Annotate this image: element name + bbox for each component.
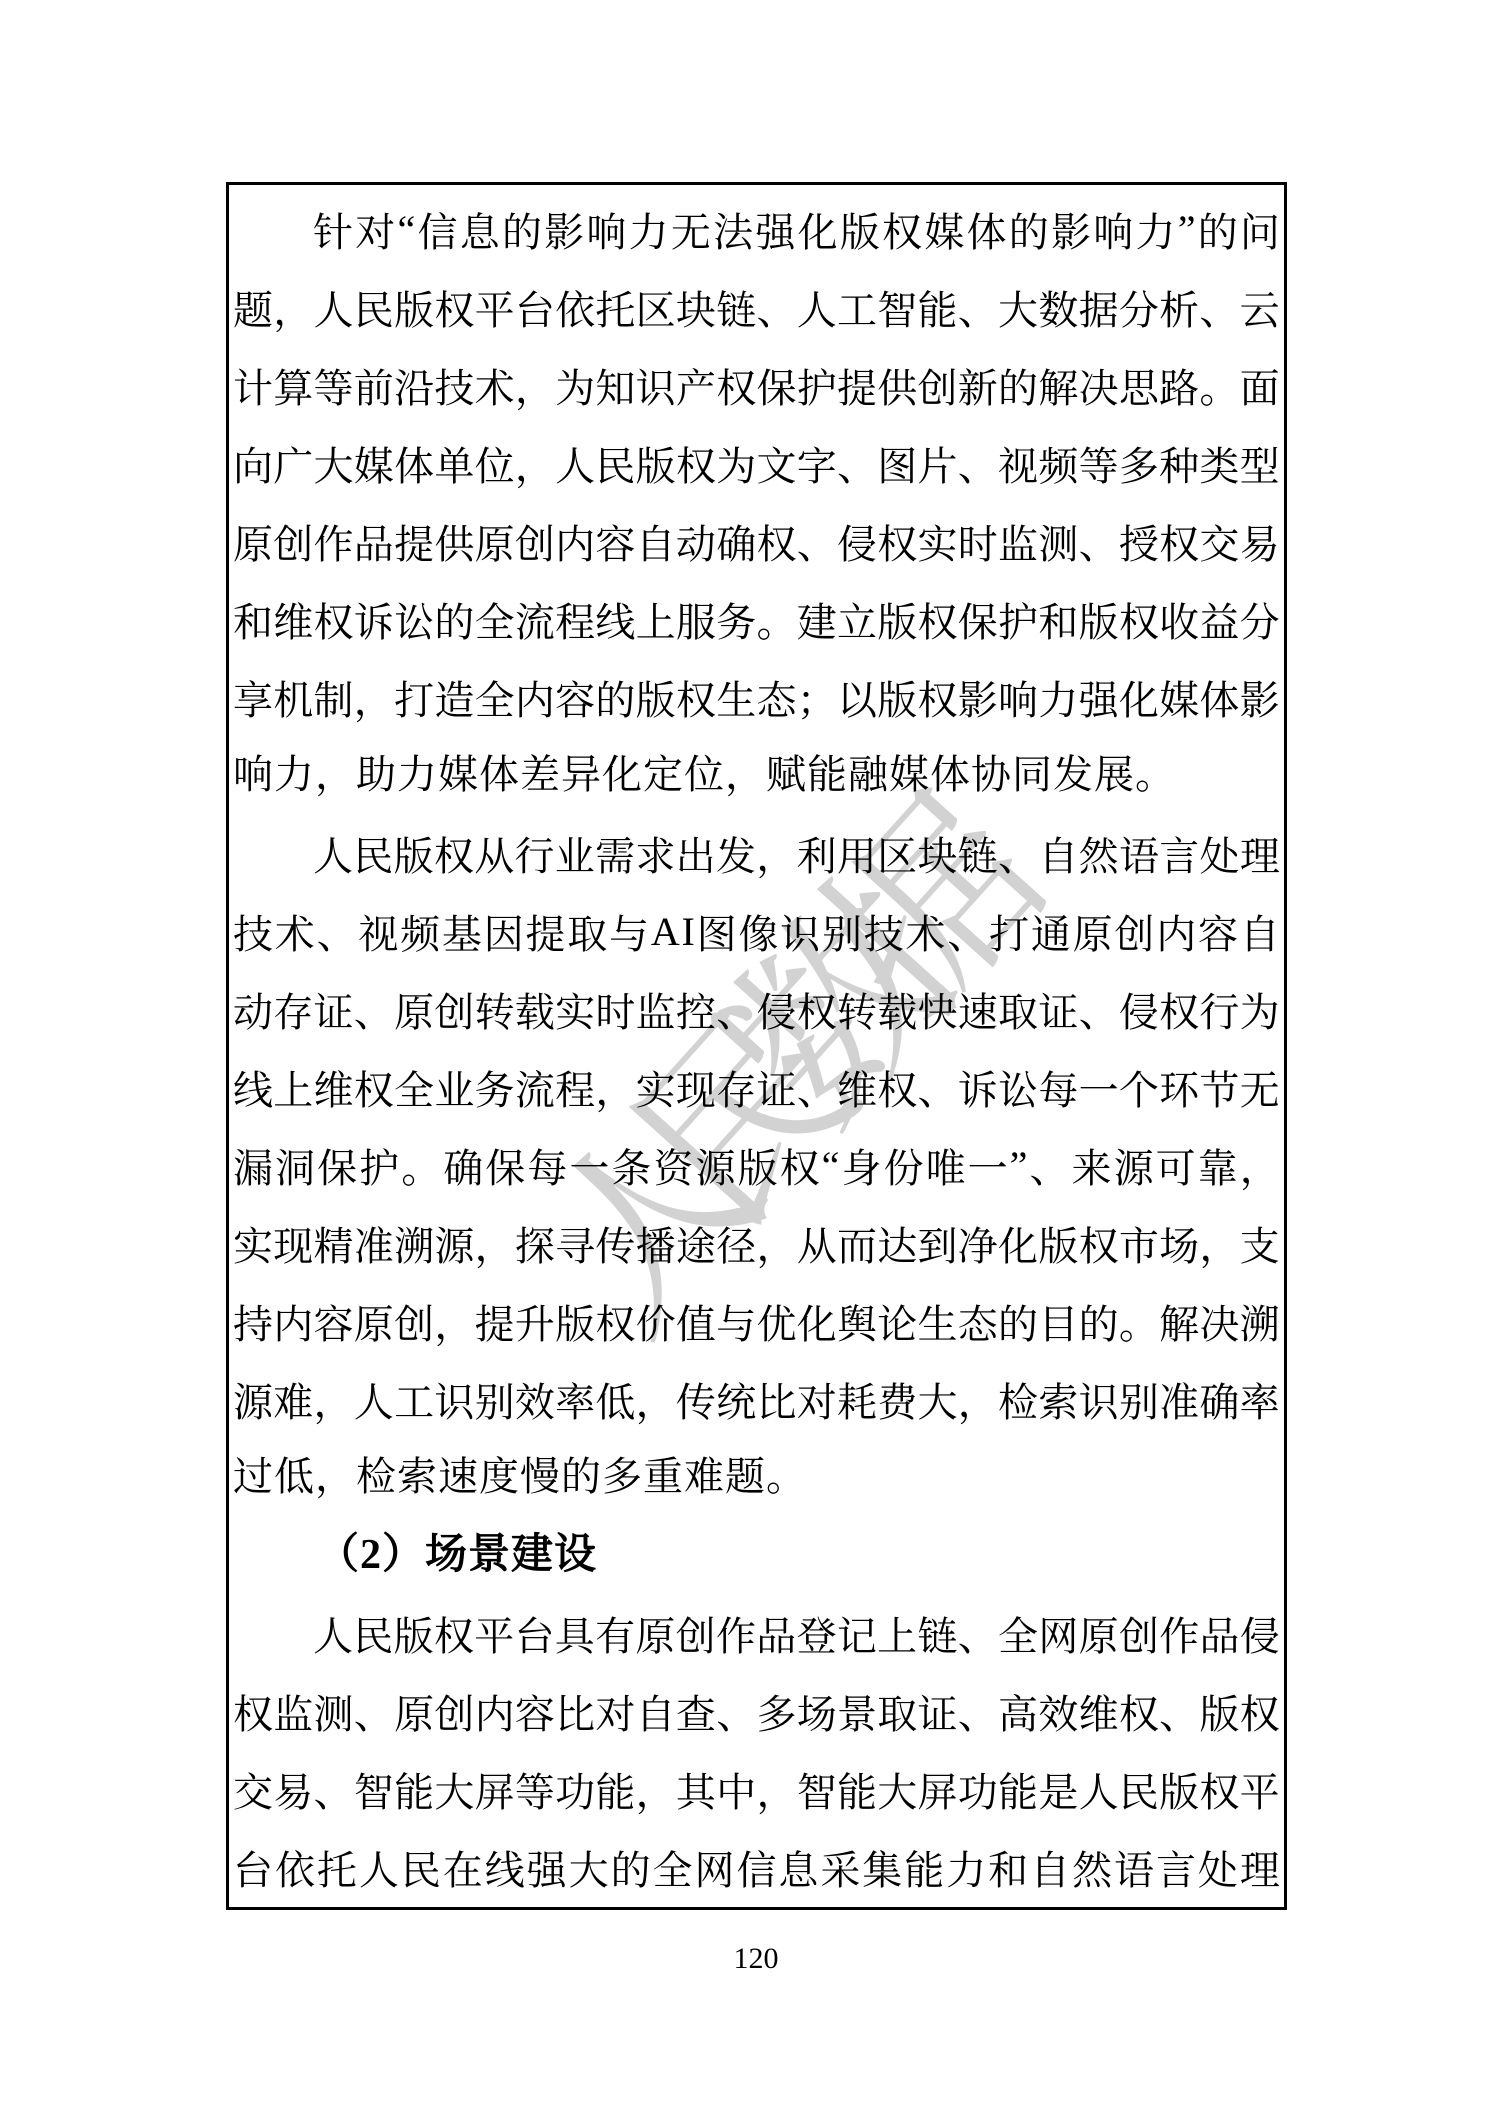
text-line: 漏洞保护。确保每一条资源版权“身份唯一”、来源可靠，	[233, 1126, 1280, 1204]
text-line: 线上维权全业务流程，实现存证、维权、诉讼每一个环节无	[233, 1048, 1280, 1126]
section-heading: （2）场景建设	[233, 1516, 1280, 1594]
text-lines-container: 针对“信息的影响力无法强化版权媒体的影响力”的问题，人民版权平台依托区块链、人工…	[233, 190, 1280, 1906]
page-number: 120	[0, 1942, 1500, 1976]
text-line: 技术、视频基因提取与AI图像识别技术、打通原创内容自	[233, 892, 1280, 970]
text-line: 实现精准溯源，探寻传播途径，从而达到净化版权市场，支	[233, 1204, 1280, 1282]
text-line: 人民版权从行业需求出发，利用区块链、自然语言处理	[233, 814, 1280, 892]
bordered-text-block: 针对“信息的影响力无法强化版权媒体的影响力”的问题，人民版权平台依托区块链、人工…	[226, 182, 1287, 1910]
text-line: 原创作品提供原创内容自动确权、侵权实时监测、授权交易	[233, 502, 1280, 580]
text-line: 过低，检索速度慢的多重难题。	[233, 1438, 1280, 1516]
text-line: 源难，人工识别效率低，传统比对耗费大，检索识别准确率	[233, 1360, 1280, 1438]
text-line: 动存证、原创转载实时监控、侵权转载快速取证、侵权行为	[233, 970, 1280, 1048]
text-line: 享机制，打造全内容的版权生态；以版权影响力强化媒体影	[233, 658, 1280, 736]
text-line: 权监测、原创内容比对自查、多场景取证、高效维权、版权	[233, 1672, 1280, 1750]
text-line: 向广大媒体单位，人民版权为文字、图片、视频等多种类型	[233, 424, 1280, 502]
text-line: 持内容原创，提升版权价值与优化舆论生态的目的。解决溯	[233, 1282, 1280, 1360]
text-line: 计算等前沿技术，为知识产权保护提供创新的解决思路。面	[233, 346, 1280, 424]
text-line: 台依托人民在线强大的全网信息采集能力和自然语言处理	[233, 1828, 1280, 1906]
document-page: 人民数据 针对“信息的影响力无法强化版权媒体的影响力”的问题，人民版权平台依托区…	[0, 0, 1500, 2121]
text-line: 针对“信息的影响力无法强化版权媒体的影响力”的问	[233, 190, 1280, 268]
text-line: 人民版权平台具有原创作品登记上链、全网原创作品侵	[233, 1594, 1280, 1672]
text-line: 交易、智能大屏等功能，其中，智能大屏功能是人民版权平	[233, 1750, 1280, 1828]
text-line: 响力，助力媒体差异化定位，赋能融媒体协同发展。	[233, 736, 1280, 814]
text-line: 和维权诉讼的全流程线上服务。建立版权保护和版权收益分	[233, 580, 1280, 658]
text-line: 题，人民版权平台依托区块链、人工智能、大数据分析、云	[233, 268, 1280, 346]
